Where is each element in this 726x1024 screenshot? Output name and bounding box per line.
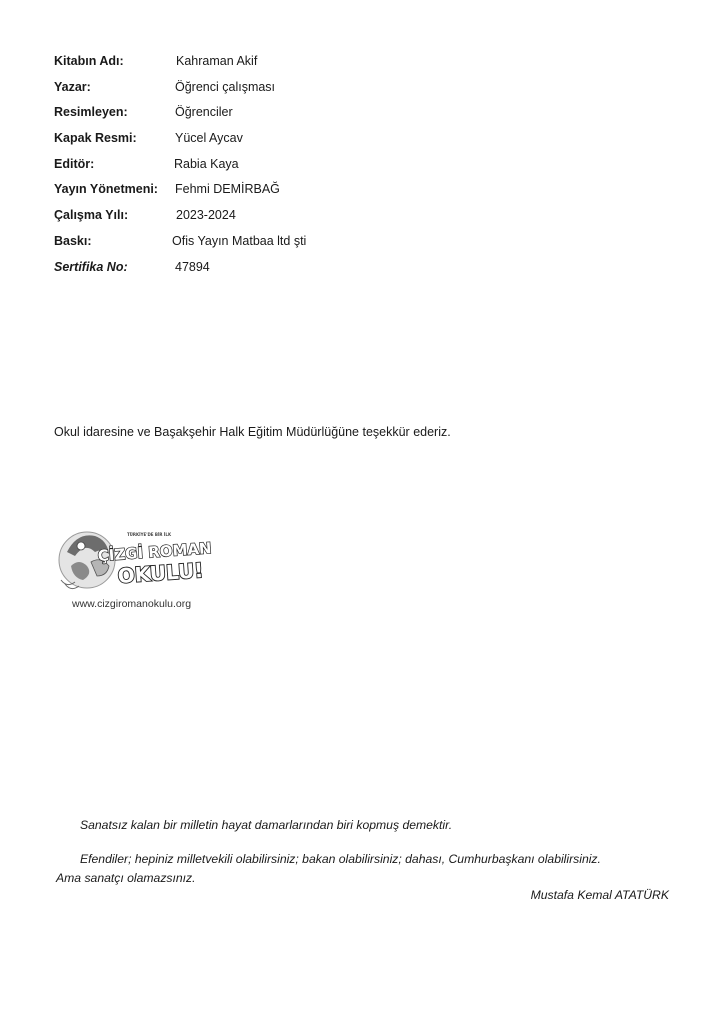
credit-label: Yazar:: [54, 78, 91, 96]
quote-line-1: Sanatsız kalan bir milletin hayat damarl…: [80, 818, 452, 832]
credit-label: Kapak Resmi:: [54, 129, 137, 147]
credit-label: Yayın Yönetmeni:: [54, 180, 158, 198]
credit-value: Fehmi DEMİRBAĞ: [175, 180, 280, 198]
quote-line-3: Ama sanatçı olamazsınız.: [56, 871, 196, 885]
credit-label: Resimleyen:: [54, 103, 128, 121]
thanks-note: Okul idaresine ve Başakşehir Halk Eğitim…: [54, 425, 451, 439]
credit-value: 47894: [175, 258, 210, 276]
credit-label: Editör:: [54, 155, 94, 173]
credit-label: Sertifika No:: [54, 258, 128, 276]
credit-value: Rabia Kaya: [174, 155, 239, 173]
logo-title-line2: OKULU!: [117, 558, 204, 588]
quote-author: Mustafa Kemal ATATÜRK: [531, 888, 669, 902]
document-page: Kitabın Adı: Kahraman Akif Yazar: Öğrenc…: [0, 0, 726, 1024]
cizgi-roman-okulu-logo-icon: TÜRKİYE'DE BİR İLK ÇİZGİ ROMAN OKULU!: [57, 522, 217, 594]
quote-line-2: Efendiler; hepiniz milletvekili olabilir…: [80, 852, 601, 866]
credit-label: Kitabın Adı:: [54, 52, 124, 70]
credit-value: Öğrenciler: [175, 103, 233, 121]
credit-label: Baskı:: [54, 232, 92, 250]
credit-value: Yücel Aycav: [175, 129, 243, 147]
credit-value: 2023-2024: [176, 206, 236, 224]
credit-label: Çalışma Yılı:: [54, 206, 128, 224]
logo-small-text: TÜRKİYE'DE BİR İLK: [127, 532, 172, 537]
credit-value: Öğrenci çalışması: [175, 78, 275, 96]
logo-url: www.cizgiromanokulu.org: [72, 598, 191, 610]
credit-value: Ofis Yayın Matbaa ltd şti: [172, 232, 306, 250]
credit-value: Kahraman Akif: [176, 52, 257, 70]
